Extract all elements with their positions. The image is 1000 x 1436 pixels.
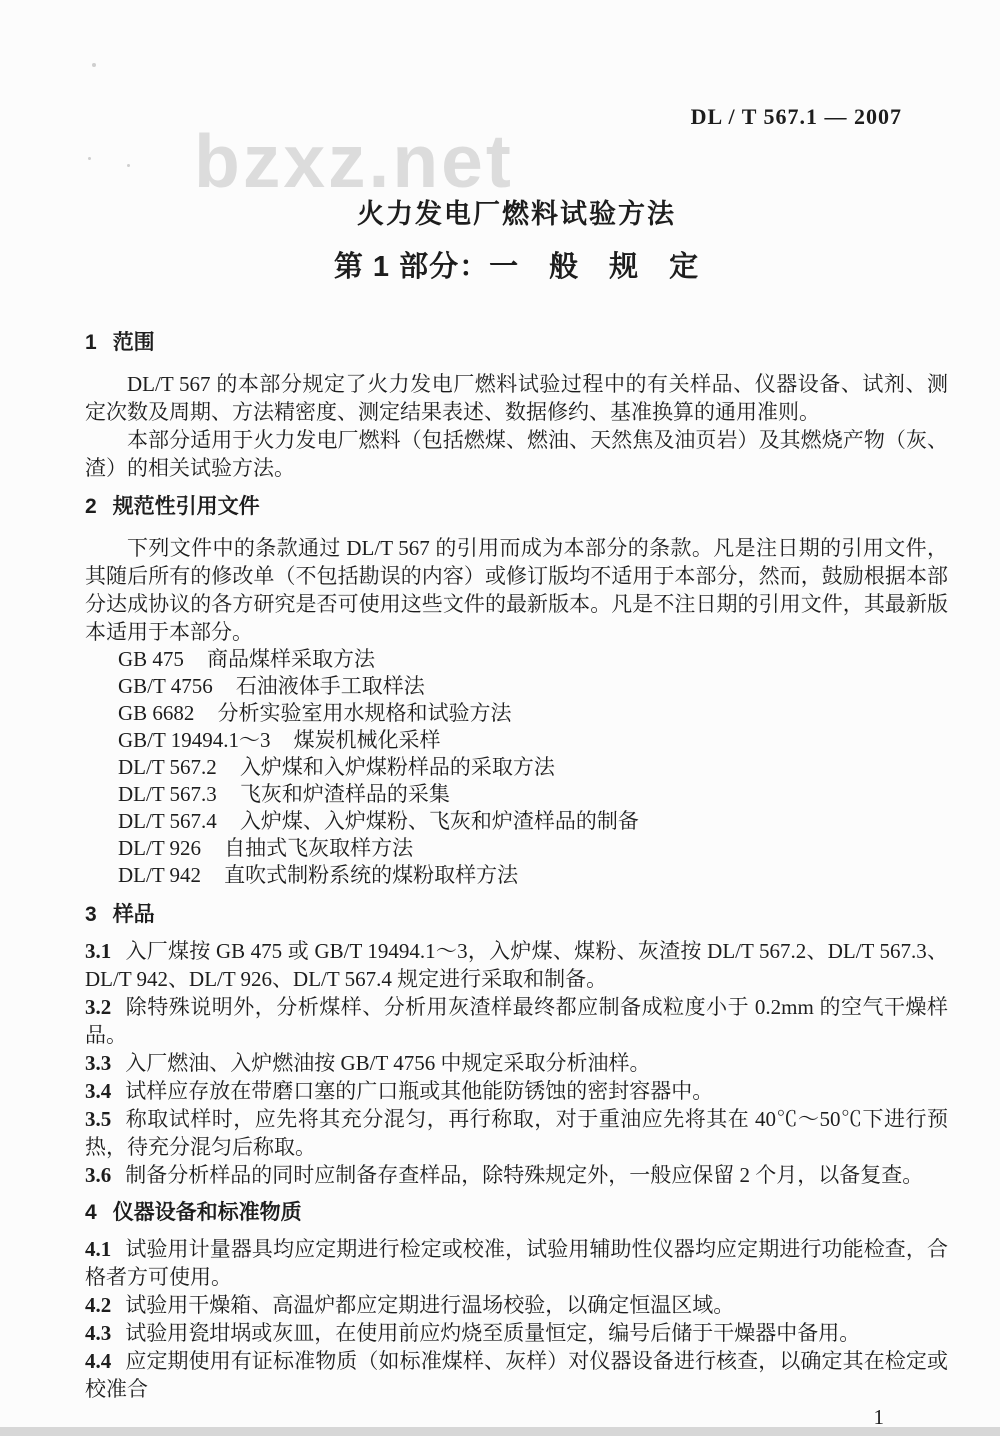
paragraph: 下列文件中的条款通过 DL/T 567 的引用而成为本部分的条款。凡是注日期的引… — [85, 534, 948, 646]
reference-title: 煤炭机械化采样 — [294, 728, 441, 752]
clause-text: 试验用瓷坩埚或灰皿，在使用前应灼烧至质量恒定，编号后储于干燥器中备用。 — [125, 1321, 860, 1345]
section-heading-scope: 1范围 — [85, 329, 948, 357]
page-number: 1 — [85, 1405, 948, 1430]
clause-item: 4.2试验用干燥箱、高温炉都应定期进行温场校验，以确定恒温区域。 — [85, 1291, 948, 1319]
clause-text: 试样应存放在带磨口塞的广口瓶或其他能防锈蚀的密封容器中。 — [125, 1079, 713, 1103]
clause-text: 入厂燃油、入炉燃油按 GB/T 4756 中规定采取分析油样。 — [125, 1051, 650, 1075]
reference-code: DL/T 942 — [118, 863, 201, 887]
section-title: 范围 — [113, 331, 155, 354]
section-title: 仪器设备和标准物质 — [113, 1201, 302, 1224]
clause-text: 应定期使用有证标准物质（如标准煤样、灰样）对仪器设备进行核查，以确定其在检定或校… — [85, 1349, 948, 1401]
clause-number: 4.3 — [85, 1321, 111, 1345]
reference-title: 分析实验室用水规格和试验方法 — [218, 701, 512, 725]
reference-item: DL/T 567.4入炉煤、入炉煤粉、飞灰和炉渣样品的制备 — [118, 808, 948, 835]
clause-item: 3.6制备分析样品的同时应制备存查样品，除特殊规定外，一般应保留 2 个月，以备… — [85, 1161, 948, 1189]
clause-item: 4.3试验用瓷坩埚或灰皿，在使用前应灼烧至质量恒定，编号后储于干燥器中备用。 — [85, 1319, 948, 1347]
section-heading-normative-references: 2规范性引用文件 — [85, 493, 948, 521]
reference-item: DL/T 926自抽式飞灰取样方法 — [118, 835, 948, 862]
clause-number: 4.2 — [85, 1293, 111, 1317]
section-number: 4 — [85, 1201, 97, 1224]
reference-code: GB 6682 — [118, 701, 194, 725]
reference-title: 自抽式飞灰取样方法 — [224, 836, 413, 860]
clause-text: 除特殊说明外，分析煤样、分析用灰渣样最终都应制备成粒度小于 0.2mm 的空气干… — [85, 995, 948, 1047]
clause-item: 3.2除特殊说明外，分析煤样、分析用灰渣样最终都应制备成粒度小于 0.2mm 的… — [85, 993, 948, 1049]
clause-item: 4.4应定期使用有证标准物质（如标准煤样、灰样）对仪器设备进行核查，以确定其在检… — [85, 1347, 948, 1403]
document-subtitle: 第 1 部分：一 般 规 定 — [85, 244, 948, 285]
reference-item: DL/T 567.2入炉煤和入炉煤粉样品的采取方法 — [118, 754, 948, 781]
section-number: 3 — [85, 903, 97, 926]
reference-code: DL/T 567.3 — [118, 782, 217, 806]
reference-item: DL/T 567.3飞灰和炉渣样品的采集 — [118, 781, 948, 808]
reference-item: GB 475商品煤样采取方法 — [118, 646, 948, 673]
paragraph: DL/T 567 的本部分规定了火力发电厂燃料试验过程中的有关样品、仪器设备、试… — [85, 370, 948, 426]
clause-text: 试验用干燥箱、高温炉都应定期进行温场校验，以确定恒温区域。 — [125, 1293, 734, 1317]
clause-text: 试验用计量器具均应定期进行检定或校准，试验用辅助性仪器均应定期进行功能检查，合格… — [85, 1237, 948, 1289]
clause-number: 3.4 — [85, 1079, 111, 1103]
reference-title: 入炉煤、入炉煤粉、飞灰和炉渣样品的制备 — [240, 809, 639, 833]
clause-number: 3.2 — [85, 995, 111, 1019]
paragraph: 本部分适用于火力发电厂燃料（包括燃煤、燃油、天然焦及油页岩）及其燃烧产物（灰、渣… — [85, 426, 948, 482]
clause-text: 称取试样时，应先将其充分混匀，再行称取，对于重油应先将其在 40℃～50℃下进行… — [85, 1107, 948, 1159]
clause-item: 3.1入厂煤按 GB 475 或 GB/T 19494.1～3，入炉煤、煤粉、灰… — [85, 937, 948, 993]
clause-number: 4.4 — [85, 1349, 111, 1373]
clause-item: 3.5称取试样时，应先将其充分混匀，再行称取，对于重油应先将其在 40℃～50℃… — [85, 1105, 948, 1161]
reference-item: GB 6682分析实验室用水规格和试验方法 — [118, 700, 948, 727]
clause-number: 3.1 — [85, 939, 111, 963]
section-heading-instruments: 4仪器设备和标准物质 — [85, 1199, 948, 1227]
clause-number: 3.3 — [85, 1051, 111, 1075]
clause-item: 3.3入厂燃油、入炉燃油按 GB/T 4756 中规定采取分析油样。 — [85, 1049, 948, 1077]
section-title: 样品 — [113, 903, 155, 926]
reference-item: GB/T 19494.1～3煤炭机械化采样 — [118, 727, 948, 754]
reference-item: GB/T 4756石油液体手工取样法 — [118, 673, 948, 700]
reference-title: 入炉煤和入炉煤粉样品的采取方法 — [240, 755, 555, 779]
reference-title: 直吹式制粉系统的煤粉取样方法 — [224, 863, 518, 887]
reference-code: GB 475 — [118, 647, 184, 671]
section-heading-samples: 3样品 — [85, 901, 948, 929]
section-number: 2 — [85, 495, 97, 518]
reference-code: GB/T 4756 — [118, 674, 213, 698]
clause-number: 3.6 — [85, 1163, 111, 1187]
clause-text: 制备分析样品的同时应制备存查样品，除特殊规定外，一般应保留 2 个月，以备复查。 — [125, 1163, 923, 1187]
reference-list: GB 475商品煤样采取方法 GB/T 4756石油液体手工取样法 GB 668… — [85, 646, 948, 889]
section-title: 规范性引用文件 — [113, 495, 260, 518]
reference-code: DL/T 567.4 — [118, 809, 217, 833]
reference-title: 商品煤样采取方法 — [207, 647, 375, 671]
clause-item: 4.1试验用计量器具均应定期进行检定或校准，试验用辅助性仪器均应定期进行功能检查… — [85, 1235, 948, 1291]
standard-number: DL / T 567.1 — 2007 — [85, 0, 948, 130]
document-title: 火力发电厂燃料试验方法 — [85, 192, 948, 231]
reference-item: DL/T 942直吹式制粉系统的煤粉取样方法 — [118, 862, 948, 889]
reference-title: 飞灰和炉渣样品的采集 — [240, 782, 450, 806]
clause-text: 入厂煤按 GB 475 或 GB/T 19494.1～3，入炉煤、煤粉、灰渣按 … — [85, 939, 948, 991]
section-number: 1 — [85, 331, 97, 354]
reference-code: DL/T 926 — [118, 836, 201, 860]
clause-number: 4.1 — [85, 1237, 111, 1261]
scanned-document-page: bzxz.net DL / T 567.1 — 2007 火力发电厂燃料试验方法… — [0, 0, 1000, 1436]
reference-title: 石油液体手工取样法 — [236, 674, 425, 698]
clause-number: 3.5 — [85, 1107, 111, 1131]
clause-item: 3.4试样应存放在带磨口塞的广口瓶或其他能防锈蚀的密封容器中。 — [85, 1077, 948, 1105]
reference-code: GB/T 19494.1～3 — [118, 728, 270, 752]
page-content: DL / T 567.1 — 2007 火力发电厂燃料试验方法 第 1 部分：一… — [0, 0, 1000, 1430]
reference-code: DL/T 567.2 — [118, 755, 217, 779]
